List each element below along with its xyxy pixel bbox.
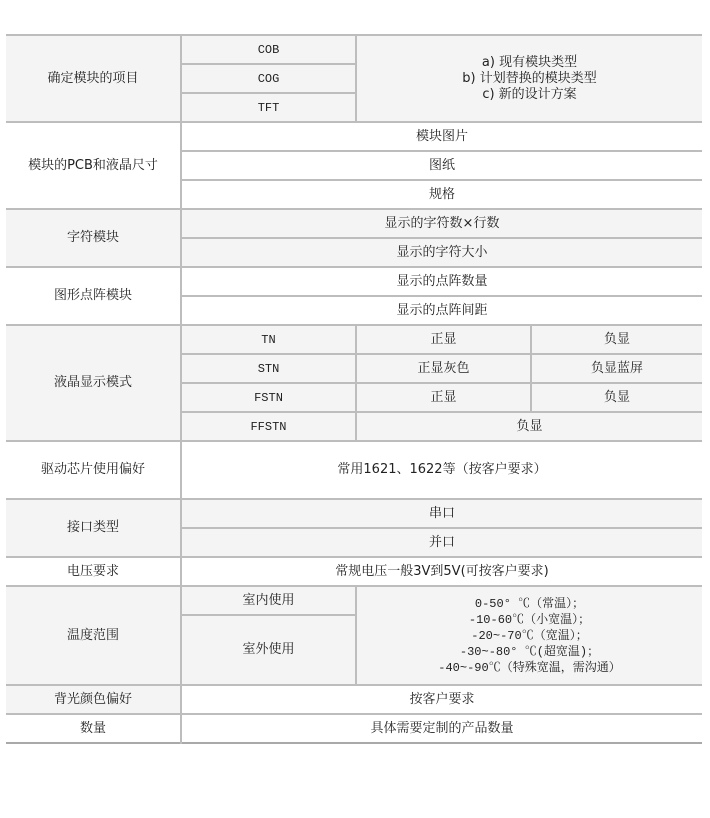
table-row: 图形点阵模块 显示的点阵数量	[6, 267, 702, 296]
module-type-cog: COG	[181, 64, 356, 93]
lcd-tn-negative: 负显	[531, 325, 702, 354]
table-row: 驱动芯片使用偏好 常用1621、1622等（按客户要求）	[6, 441, 702, 499]
table-row: 确定模块的项目 COB a) 现有模块类型 b) 计划替换的模块类型 c) 新的…	[6, 35, 702, 64]
module-note-b: b) 计划替换的模块类型	[357, 71, 702, 87]
lcd-tn-positive: 正显	[356, 325, 531, 354]
pcb-item-spec: 规格	[181, 180, 702, 209]
interface-parallel: 并口	[181, 528, 702, 557]
backlight-value: 按客户要求	[181, 685, 702, 714]
char-item-size: 显示的字符大小	[181, 238, 702, 267]
driver-chip-value: 常用1621、1622等（按客户要求）	[181, 441, 702, 499]
interface-serial: 串口	[181, 499, 702, 528]
temp-ranges: 0-50° ℃（常温）； -10-60℃（小宽温）； -20~-70℃（宽温）；…	[356, 586, 702, 685]
char-item-count: 显示的字符数×行数	[181, 209, 702, 238]
module-notes: a) 现有模块类型 b) 计划替换的模块类型 c) 新的设计方案	[356, 35, 702, 122]
graphic-item-pitch: 显示的点阵间距	[181, 296, 702, 325]
row-label-lcd-mode: 液晶显示模式	[6, 325, 181, 441]
table-row: 温度范围 室内使用 0-50° ℃（常温）； -10-60℃（小宽温）； -20…	[6, 586, 702, 615]
table-row: 接口类型 串口	[6, 499, 702, 528]
temp-range-ultra-wide: -30~-80° ℃(超宽温)；	[357, 644, 702, 660]
table-row: 数量 具体需要定制的产品数量	[6, 714, 702, 743]
temp-range-small-wide: -10-60℃（小宽温）；	[357, 612, 702, 628]
quantity-value: 具体需要定制的产品数量	[181, 714, 702, 743]
table-row: 模块的PCB和液晶尺寸 模块图片	[6, 122, 702, 151]
temp-range-normal: 0-50° ℃（常温）；	[357, 596, 702, 612]
spec-table: 确定模块的项目 COB a) 现有模块类型 b) 计划替换的模块类型 c) 新的…	[6, 34, 702, 744]
row-label-graphic-module: 图形点阵模块	[6, 267, 181, 325]
lcd-fstn-negative: 负显	[531, 383, 702, 412]
pcb-item-drawing: 图纸	[181, 151, 702, 180]
table-row: 液晶显示模式 TN 正显 负显	[6, 325, 702, 354]
row-label-interface: 接口类型	[6, 499, 181, 557]
module-note-a: a) 现有模块类型	[357, 55, 702, 71]
lcd-stn-negative: 负显蓝屏	[531, 354, 702, 383]
temp-indoor: 室内使用	[181, 586, 356, 615]
voltage-value: 常规电压一般3V到5V(可按客户要求)	[181, 557, 702, 586]
module-note-c: c) 新的设计方案	[357, 87, 702, 103]
row-label-backlight: 背光颜色偏好	[6, 685, 181, 714]
lcd-type-stn: STN	[181, 354, 356, 383]
row-label-temperature: 温度范围	[6, 586, 181, 685]
module-type-cob: COB	[181, 35, 356, 64]
pcb-item-picture: 模块图片	[181, 122, 702, 151]
lcd-type-fstn: FSTN	[181, 383, 356, 412]
lcd-type-tn: TN	[181, 325, 356, 354]
row-label-voltage: 电压要求	[6, 557, 181, 586]
row-label-module-items: 确定模块的项目	[6, 35, 181, 122]
graphic-item-count: 显示的点阵数量	[181, 267, 702, 296]
row-label-quantity: 数量	[6, 714, 181, 743]
lcd-type-ffstn: FFSTN	[181, 412, 356, 441]
temp-range-special: -40~-90℃（特殊宽温，需沟通）	[357, 660, 702, 676]
lcd-ffstn-mode: 负显	[356, 412, 702, 441]
table-row: 背光颜色偏好 按客户要求	[6, 685, 702, 714]
table-row: 字符模块 显示的字符数×行数	[6, 209, 702, 238]
lcd-fstn-positive: 正显	[356, 383, 531, 412]
temp-outdoor: 室外使用	[181, 615, 356, 685]
module-type-tft: TFT	[181, 93, 356, 122]
row-label-pcb-size: 模块的PCB和液晶尺寸	[6, 122, 181, 209]
row-label-driver-chip: 驱动芯片使用偏好	[6, 441, 181, 499]
temp-range-wide: -20~-70℃（宽温）；	[357, 628, 702, 644]
lcd-stn-positive: 正显灰色	[356, 354, 531, 383]
table-row: 电压要求 常规电压一般3V到5V(可按客户要求)	[6, 557, 702, 586]
row-label-char-module: 字符模块	[6, 209, 181, 267]
